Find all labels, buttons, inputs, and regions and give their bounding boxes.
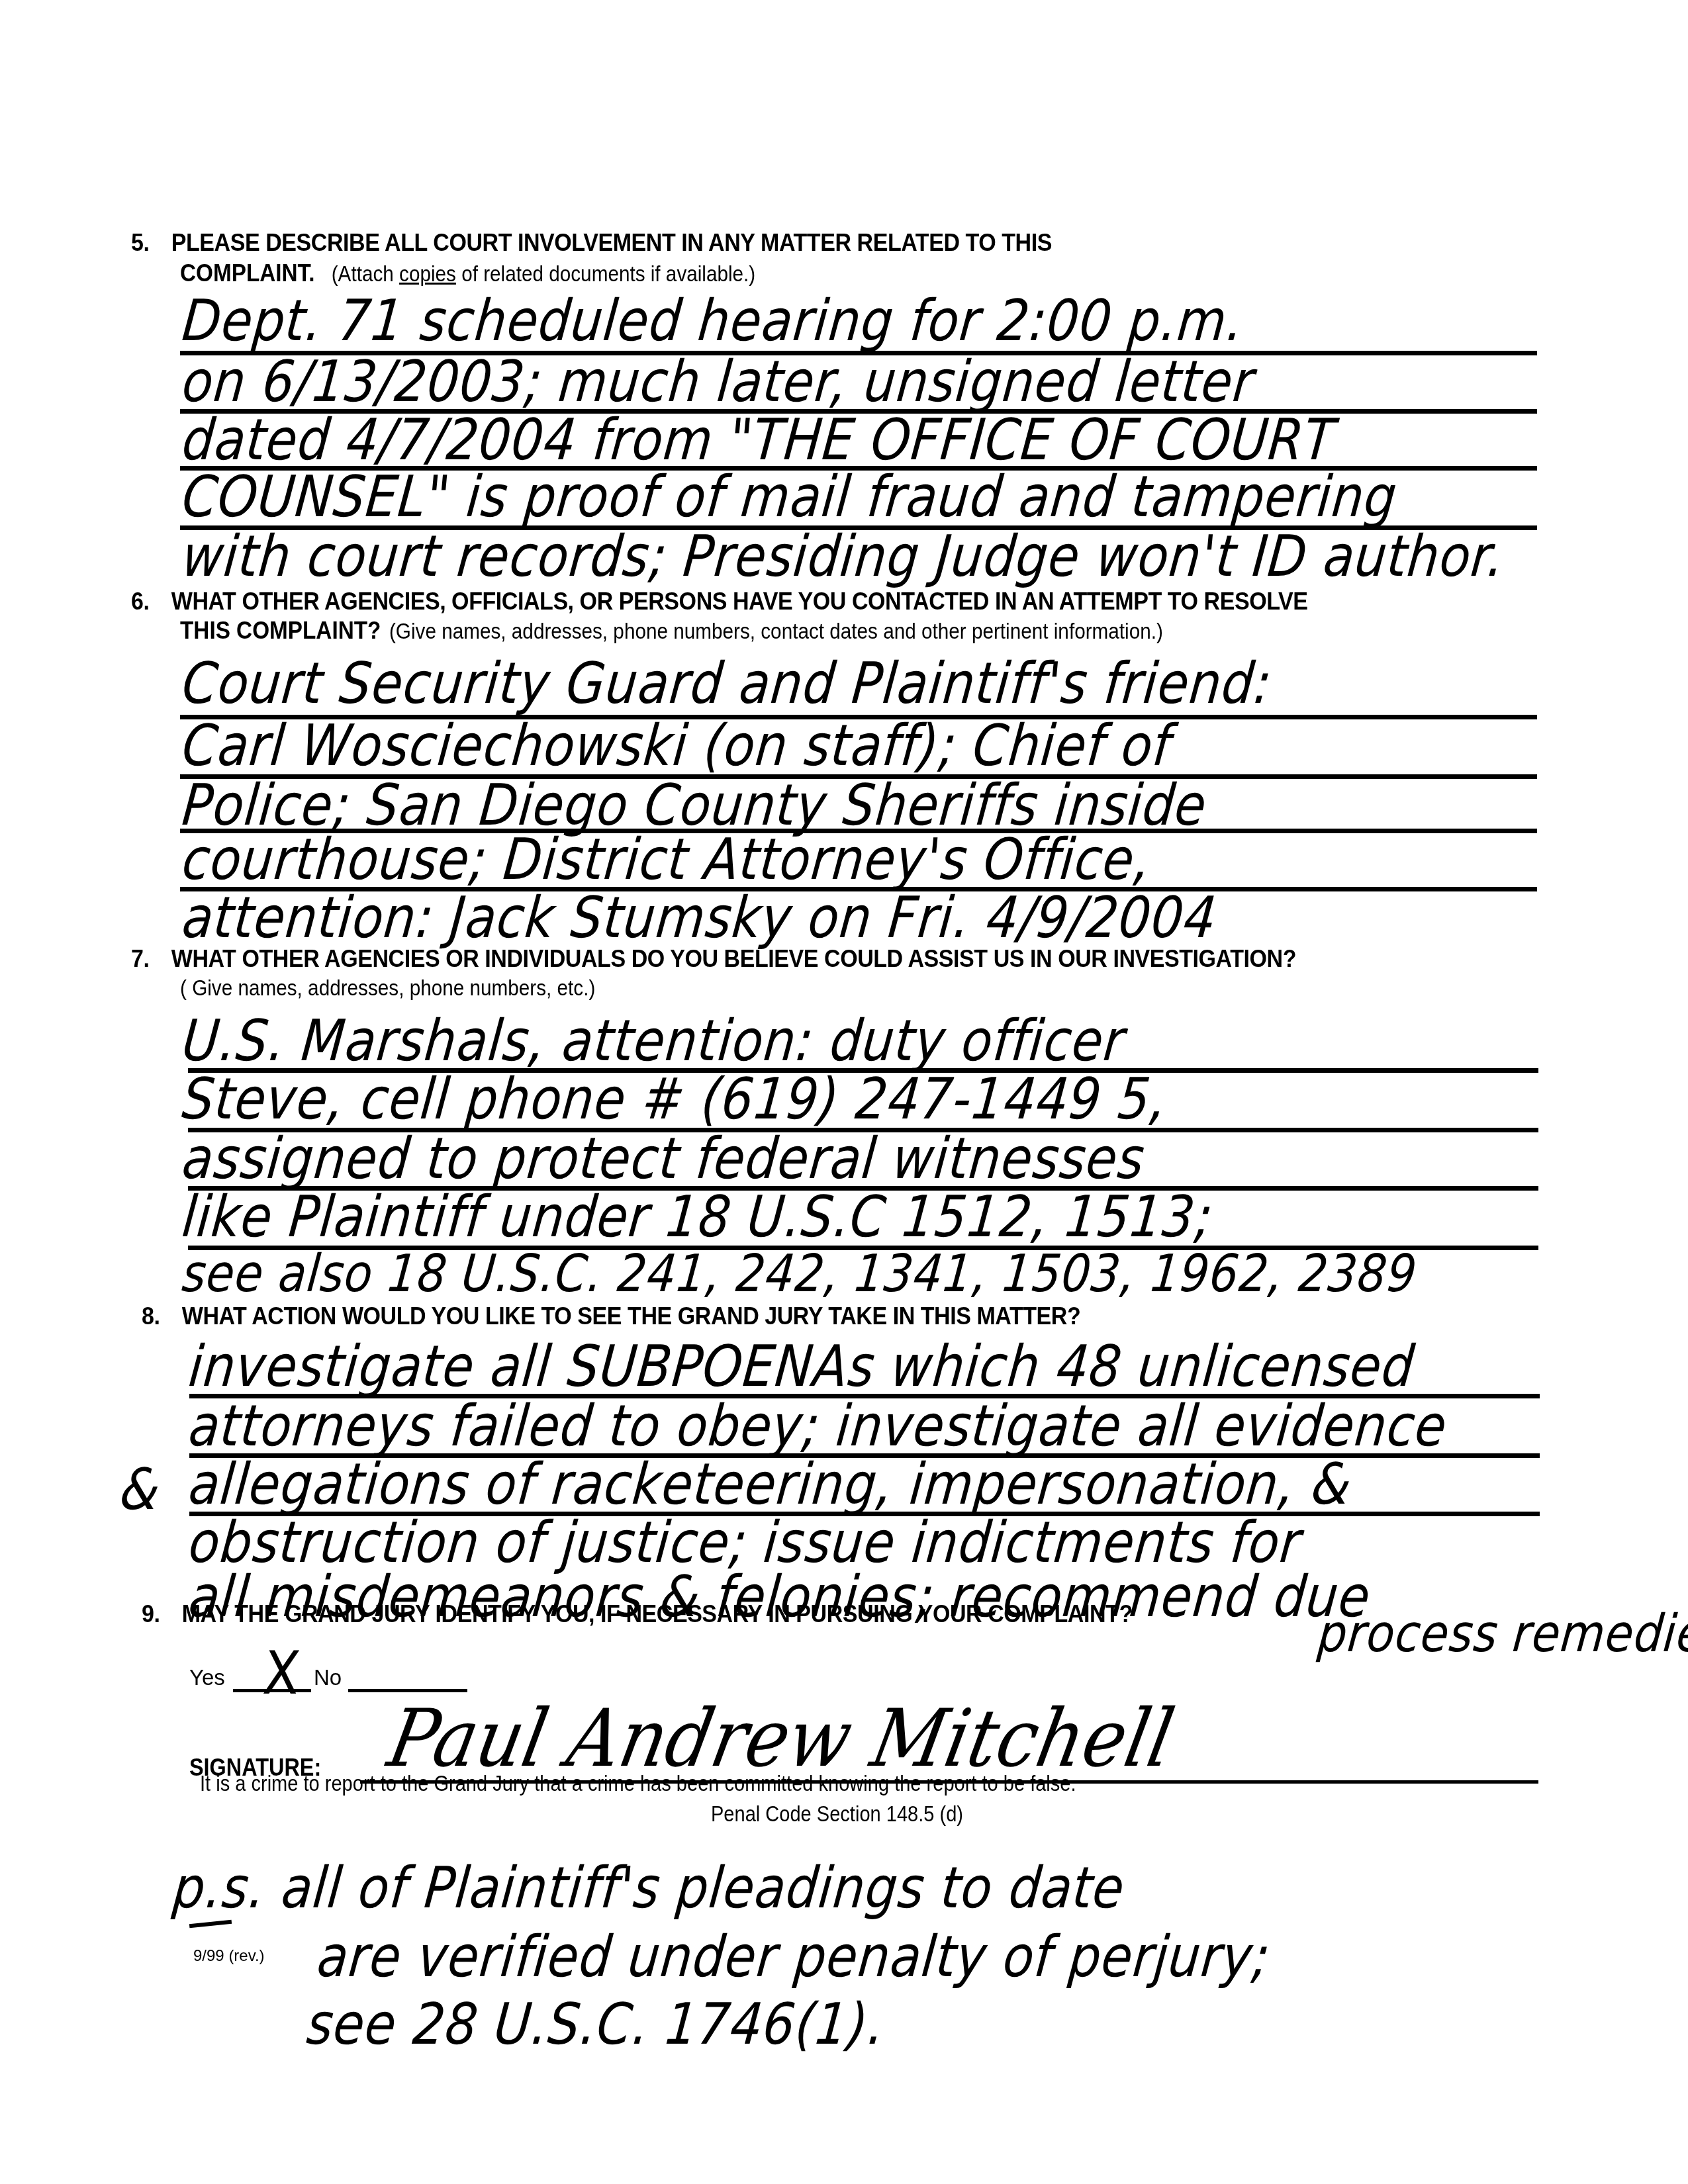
answer-7-line-4: like Plaintiff under 18 U.S.C 1512, 1513…: [180, 1189, 1215, 1246]
answer-8-line-1: investigate all SUBPOENAs which 48 unlic…: [187, 1338, 1417, 1395]
penal-code-reference: Penal Code Section 148.5 (d): [711, 1801, 963, 1827]
postscript-line-1: p.s. all of Plaintiff's pleadings to dat…: [171, 1860, 1127, 1917]
answer-6-line-3: Police; San Diego County Sheriffs inside: [180, 777, 1209, 834]
question-6-instruction: THIS COMPLAINT?(Give names, addresses, p…: [180, 617, 1163, 645]
question-7-instruction: ( Give names, addresses, phone numbers, …: [180, 976, 595, 1001]
margin-ampersand: &: [118, 1461, 163, 1518]
answer-5-line-2: on 6/13/2003; much later, unsigned lette…: [180, 353, 1257, 410]
answer-5-line-3: dated 4/7/2004 from "THE OFFICE OF COURT: [180, 412, 1338, 469]
answer-8-line-4: obstruction of justice; issue indictment…: [187, 1514, 1304, 1571]
answer-6-line-1: Court Security Guard and Plaintiff's fri…: [180, 655, 1274, 712]
answer-6-line-4: courthouse; District Attorney's Office,: [180, 831, 1154, 888]
answer-8-line-2: attorneys failed to obey; investigate al…: [187, 1398, 1450, 1455]
postscript-line-3: see 28 U.S.C. 1746(1).: [305, 1996, 888, 2053]
answer-8-continuation: process remedies: [1316, 1608, 1688, 1660]
question-7-title: 7.WHAT OTHER AGENCIES OR INDIVIDUALS DO …: [131, 945, 1296, 973]
answer-7-line-2: Steve, cell phone # (619) 247-1449 5,: [180, 1071, 1170, 1128]
question-5-instruction: COMPLAINT.(Attach copies of related docu…: [180, 259, 755, 287]
question-9-title: 9.MAY THE GRAND JURY IDENTIFY YOU, IF NE…: [142, 1600, 1133, 1628]
answer-5-line-5: with court records; Presiding Judge won'…: [180, 528, 1507, 585]
answer-5-line-4: COUNSEL" is proof of mail fraud and tamp…: [180, 469, 1399, 525]
identify-consent-field: Yes X No: [189, 1651, 520, 1697]
answer-7-line-5: see also 18 U.S.C. 241, 242, 1341, 1503,…: [180, 1248, 1419, 1300]
form-revision: 9/99 (rev.): [193, 1947, 265, 1966]
question-5-title: 5.PLEASE DESCRIBE ALL COURT INVOLVEMENT …: [131, 229, 1052, 257]
false-report-warning: It is a crime to report to the Grand Jur…: [200, 1771, 1076, 1796]
answer-6-line-2: Carl Wosciechowski (on staff); Chief of: [180, 717, 1174, 774]
postscript-line-2: are verified under penalty of perjury;: [315, 1929, 1273, 1985]
answer-5-line-1: Dept. 71 scheduled hearing for 2:00 p.m.: [180, 293, 1246, 349]
yes-checkmark: X: [261, 1644, 303, 1704]
question-8-title: 8.WHAT ACTION WOULD YOU LIKE TO SEE THE …: [142, 1302, 1080, 1330]
answer-7-line-1: U.S. Marshals, attention: duty officer: [180, 1013, 1127, 1069]
question-6-title: 6.WHAT OTHER AGENCIES, OFFICIALS, OR PER…: [131, 588, 1307, 615]
answer-6-line-5: attention: Jack Stumsky on Fri. 4/9/2004: [180, 889, 1219, 946]
no-blank[interactable]: [348, 1689, 467, 1692]
answer-8-line-3: allegations of racketeering, impersonati…: [187, 1456, 1354, 1513]
yes-label: Yes: [189, 1665, 225, 1690]
answer-7-line-3: assigned to protect federal witnesses: [180, 1130, 1147, 1187]
no-label: No: [314, 1665, 342, 1690]
